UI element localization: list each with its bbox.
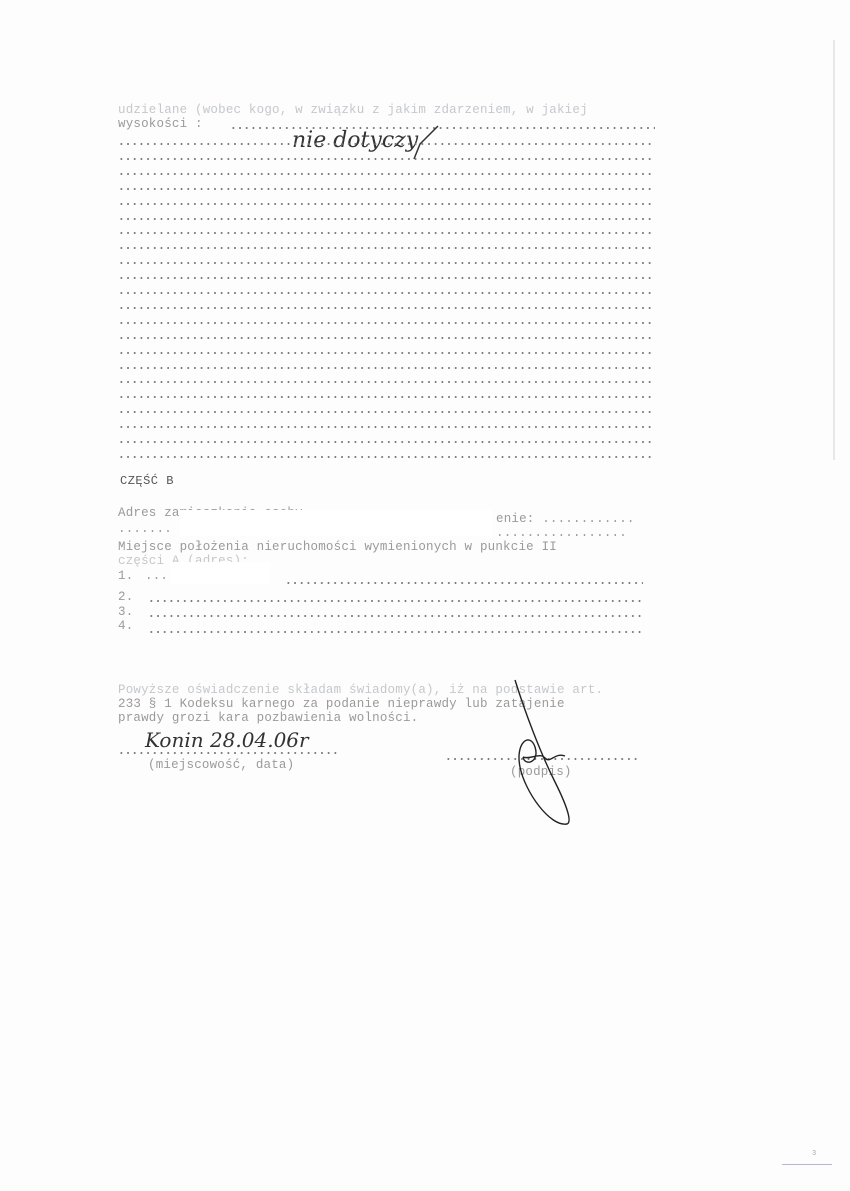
dotted-line <box>118 247 653 249</box>
dotted-line <box>118 188 653 190</box>
dotted-line <box>118 292 653 294</box>
dotted-line <box>118 218 653 220</box>
address-label-end: enie: ............ <box>496 512 635 526</box>
item-number: 3. <box>118 605 133 619</box>
document-page: udzielane (wobec kogo, w związku z jakim… <box>0 0 850 1191</box>
dotted-line <box>118 411 653 413</box>
dotted-line <box>118 322 653 324</box>
declaration-line: prawdy grozi kara pozbawienia wolności. <box>118 711 418 725</box>
dotted-line <box>118 203 653 205</box>
dotted-line <box>118 158 653 160</box>
item-dotted-line <box>148 631 643 633</box>
handwritten-answer: nie dotyczy <box>292 128 418 153</box>
item-dotted-line <box>148 615 643 617</box>
dotted-line <box>118 381 653 383</box>
dotted-line <box>118 337 653 339</box>
dotted-line <box>118 367 653 369</box>
dotted-line <box>118 456 653 458</box>
scan-edge <box>833 40 835 460</box>
item-number: 4. <box>118 619 133 633</box>
handwritten-place-date: Konin 28.04.06r <box>145 728 309 752</box>
dotted-line <box>118 143 653 145</box>
address-continuation-end: ................. <box>496 526 627 540</box>
redacted-region <box>170 562 270 584</box>
signature-mark <box>495 672 585 832</box>
dotted-line <box>118 262 653 264</box>
dotted-line <box>118 307 653 309</box>
dotted-line <box>118 441 653 443</box>
dotted-line <box>118 426 653 428</box>
dotted-line <box>118 277 653 279</box>
part-a-question-line: udzielane (wobec kogo, w związku z jakim… <box>118 103 588 117</box>
dotted-line <box>118 396 653 398</box>
dotted-line <box>118 232 653 234</box>
part-a-amount-label: wysokości : <box>118 117 203 131</box>
item-dotted-line <box>285 582 643 584</box>
dotted-line <box>118 352 653 354</box>
item-value: ... <box>145 569 168 583</box>
footer-rule <box>782 1164 832 1165</box>
item-number: 2. <box>118 590 133 604</box>
item-number: 1. <box>118 569 133 583</box>
place-date-caption: (miejscowość, data) <box>148 758 294 772</box>
address-continuation: ....... <box>118 522 172 536</box>
item-dotted-line <box>148 600 643 602</box>
property-location-label: Miejsce położenia nieruchomości wymienio… <box>118 540 557 554</box>
place-date-dotted-line <box>118 752 338 754</box>
page-number: 3 <box>812 1150 816 1158</box>
dotted-line <box>118 173 653 175</box>
section-heading: CZĘŚĆ B <box>120 474 174 488</box>
redacted-region <box>180 510 492 536</box>
